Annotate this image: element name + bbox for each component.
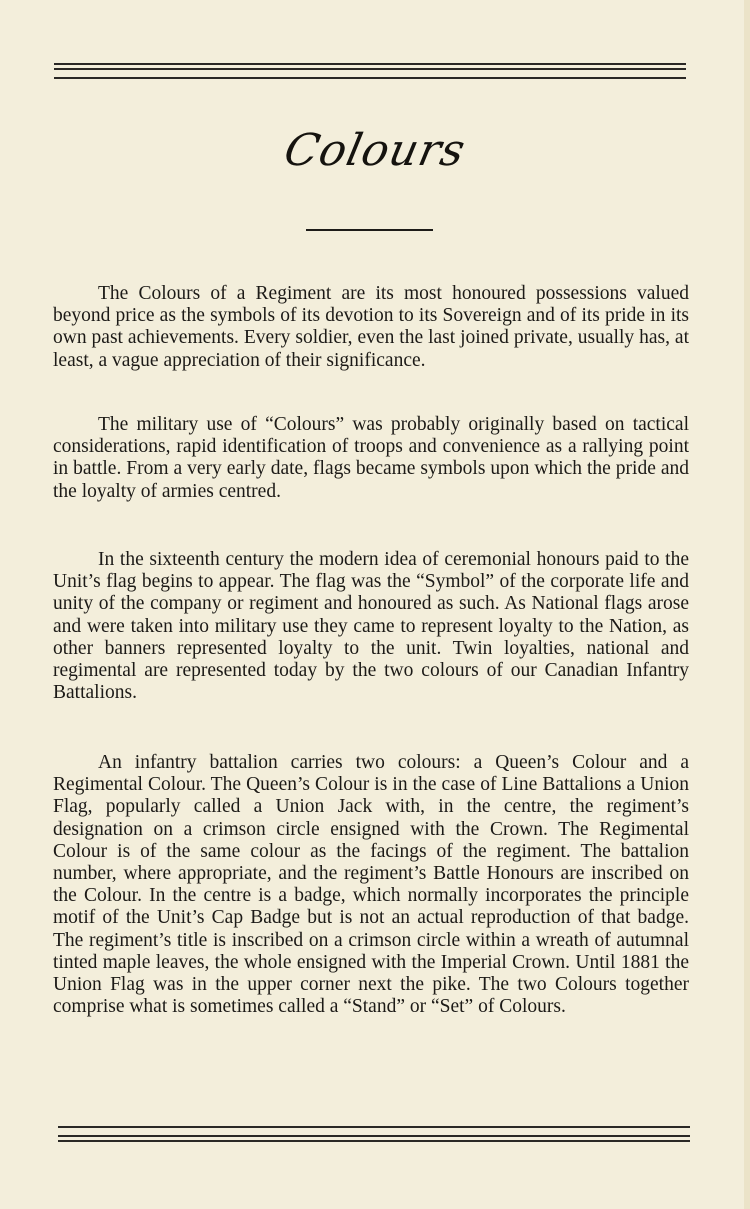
title-underline	[306, 229, 433, 231]
paragraph-2: The military use of “Colours” was probab…	[53, 414, 689, 503]
rule-line	[58, 1140, 690, 1142]
bottom-triple-rule	[58, 1126, 690, 1142]
rule-line	[58, 1135, 690, 1137]
rule-line	[54, 77, 686, 79]
rule-line	[54, 68, 686, 70]
paragraph-4: An infantry battalion carries two colour…	[53, 752, 689, 1018]
page-edge	[744, 0, 750, 1209]
paragraph-text: In the sixteenth century the modern idea…	[53, 549, 689, 704]
paragraph-3: In the sixteenth century the modern idea…	[53, 549, 689, 704]
page-title: Colours	[0, 125, 750, 176]
paragraph-text: An infantry battalion carries two colour…	[53, 752, 689, 1018]
top-triple-rule	[54, 63, 686, 79]
paragraph-text: The military use of “Colours” was probab…	[53, 414, 689, 503]
rule-line	[54, 63, 686, 65]
paragraph-1: The Colours of a Regiment are its most h…	[53, 283, 689, 372]
paragraph-text: The Colours of a Regiment are its most h…	[53, 283, 689, 372]
rule-line	[58, 1126, 690, 1128]
